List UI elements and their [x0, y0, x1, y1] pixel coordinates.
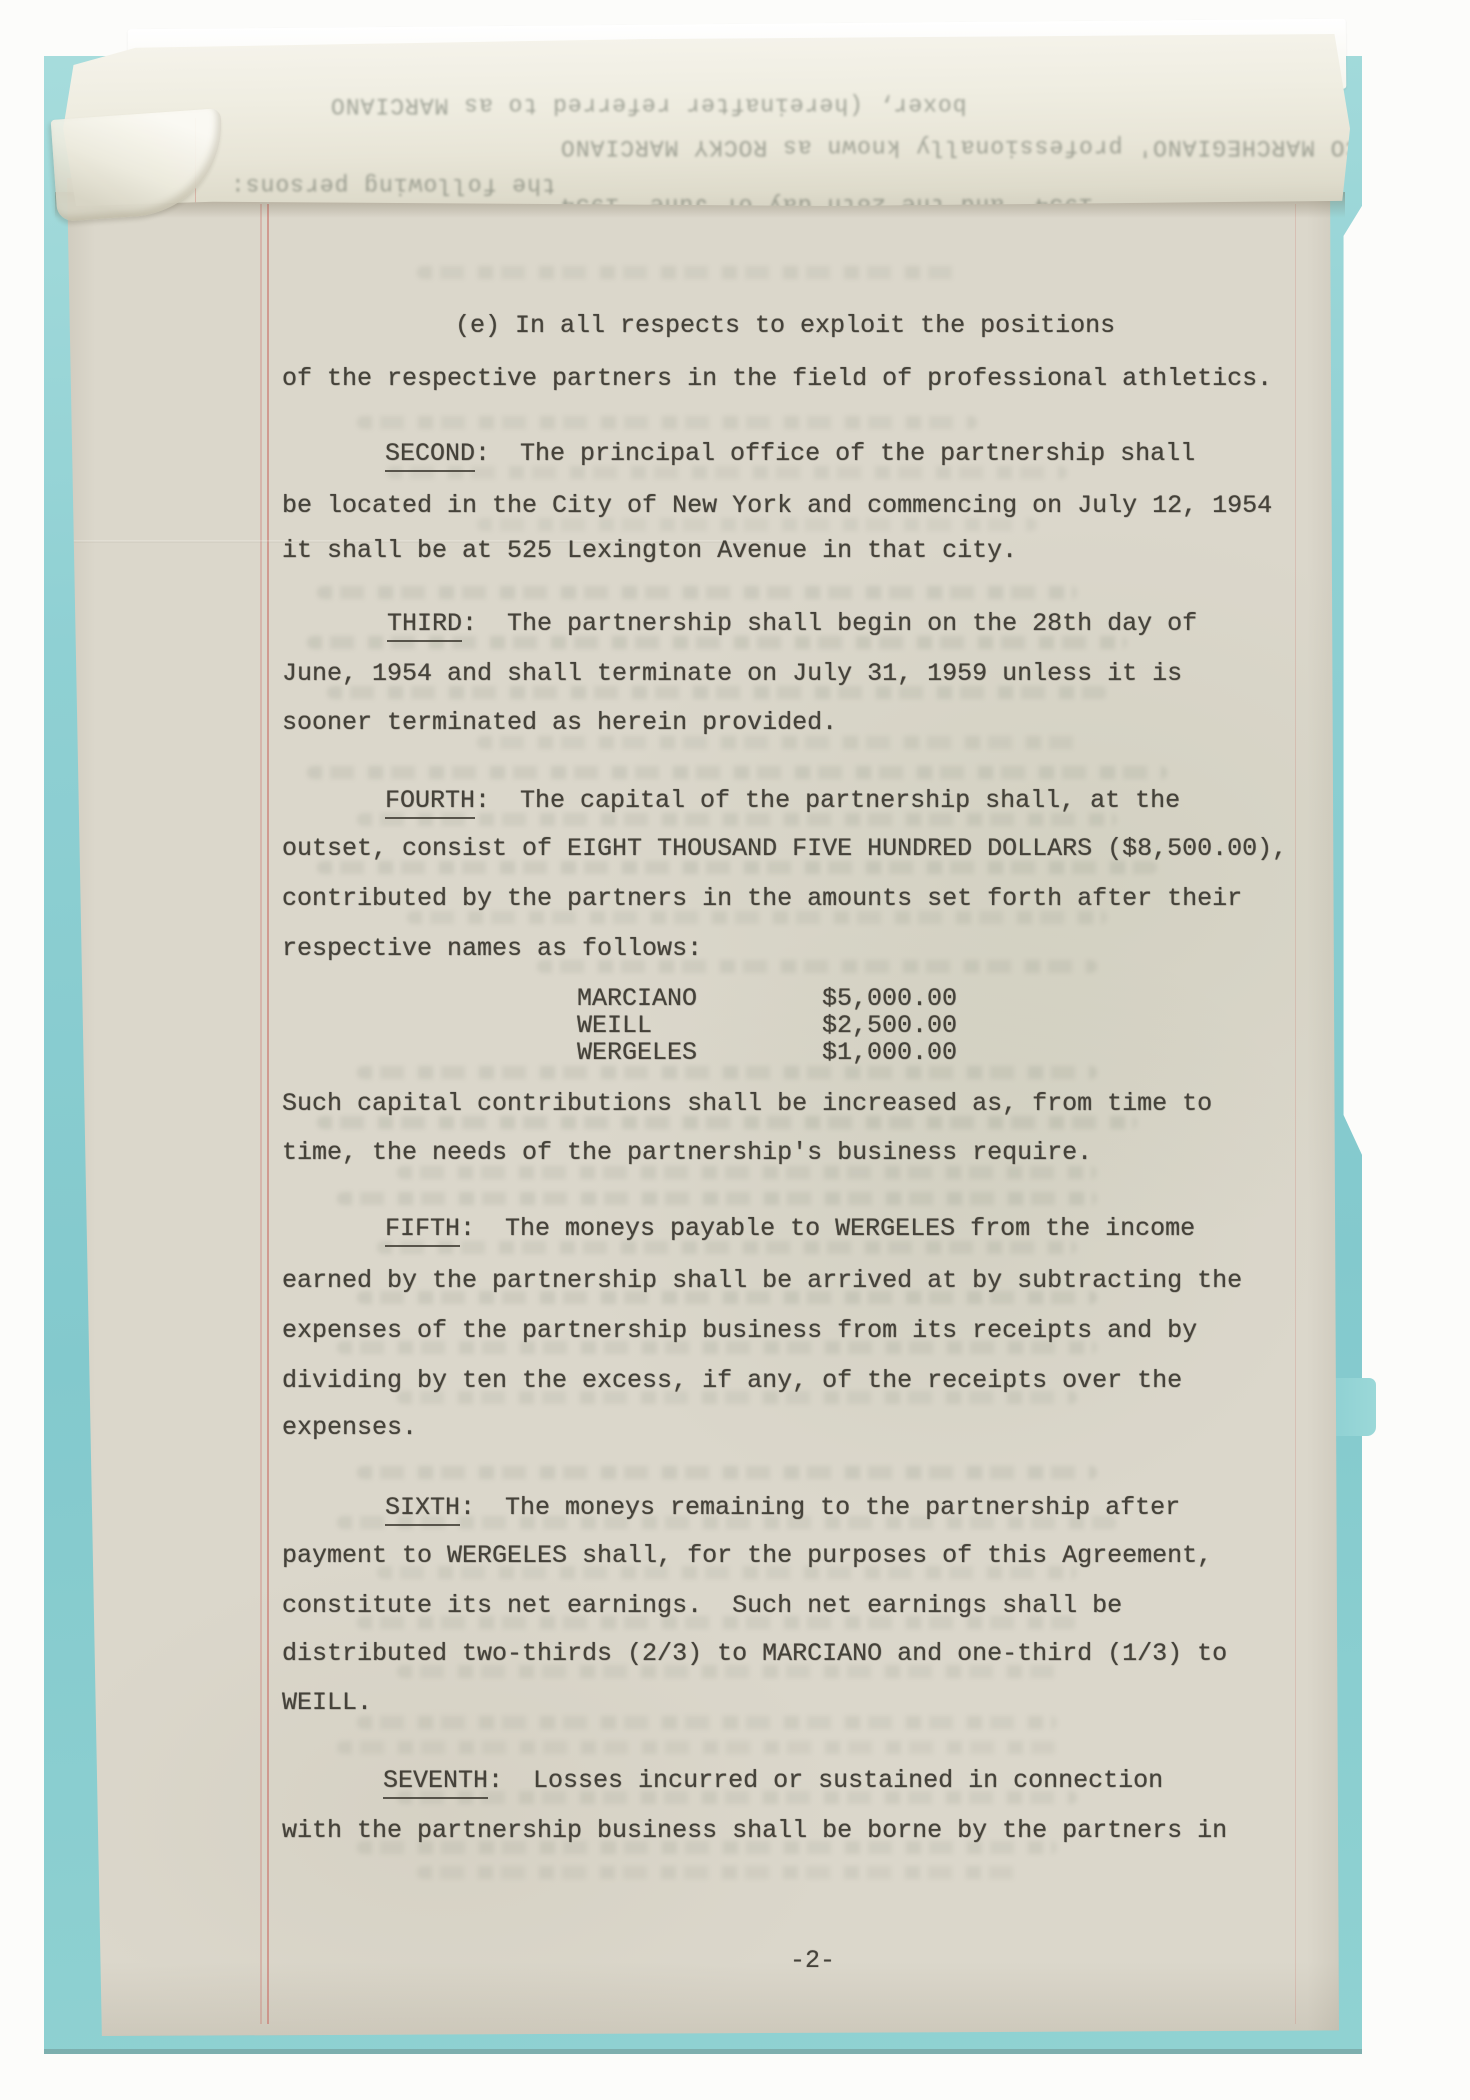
document-line: be located in the City of New York and c… [282, 493, 1272, 518]
flap-bleedthrough-line: ROCCO MARCHEGIANO' professionally known … [560, 134, 1404, 160]
flap-bleedthrough-line: the following persons: [230, 172, 556, 198]
document-line: contributed by the partners in the amoun… [282, 886, 1242, 911]
capital-amount: $5,000.00 [822, 986, 957, 1011]
document-line: Such capital contributions shall be incr… [282, 1091, 1212, 1116]
document-line: SIXTH: The moneys remaining to the partn… [385, 1495, 1180, 1520]
document-line: FOURTH: The capital of the partnership s… [385, 788, 1180, 813]
document-line: earned by the partnership shall be arriv… [282, 1268, 1242, 1293]
bleedthrough-trace [357, 416, 977, 429]
document-line: constitute its net earnings. Such net ea… [282, 1593, 1122, 1618]
document-text: : The moneys remaining to the partnershi… [460, 1493, 1180, 1522]
section-heading: SIXTH [385, 1493, 460, 1526]
capital-amount: $2,500.00 [822, 1013, 957, 1038]
bleedthrough-trace [357, 1466, 1097, 1479]
document-text: constitute its net earnings. Such net ea… [282, 1591, 1122, 1620]
document-text: : The moneys payable to WERGELES from th… [460, 1214, 1195, 1243]
bleedthrough-trace [317, 586, 1077, 599]
document-text: June, 1954 and shall terminate on July 3… [282, 659, 1182, 688]
document-line: SEVENTH: Losses incurred or sustained in… [383, 1768, 1163, 1793]
document-line: (e) In all respects to exploit the posit… [455, 313, 1115, 338]
document-text: payment to WERGELES shall, for the purpo… [282, 1541, 1212, 1570]
bleedthrough-trace [417, 1866, 1017, 1879]
document-text: dividing by ten the excess, if any, of t… [282, 1366, 1182, 1395]
document-text: expenses of the partnership business fro… [282, 1316, 1197, 1345]
document-line: time, the needs of the partnership's bus… [282, 1140, 1092, 1165]
partner-name: WERGELES [577, 1040, 697, 1065]
document-text: of the respective partners in the field … [282, 364, 1272, 393]
section-heading: THIRD [387, 609, 462, 642]
bleedthrough-trace [337, 1192, 1097, 1205]
document-text: it shall be at 525 Lexington Avenue in t… [282, 536, 1017, 565]
bleedthrough-trace [477, 736, 1077, 749]
left-margin-rule-outer [260, 204, 262, 2024]
page-number: -2- [790, 1946, 835, 1975]
document-line: June, 1954 and shall terminate on July 3… [282, 661, 1182, 686]
section-heading: FIFTH [385, 1214, 460, 1247]
document-line: respective names as follows: [282, 936, 702, 961]
document-line: expenses of the partnership business fro… [282, 1318, 1197, 1343]
document-line: distributed two-thirds (2/3) to MARCIANO… [282, 1641, 1227, 1666]
bleedthrough-trace [357, 1716, 1057, 1729]
photographed-document-scene: (e) In all respects to exploit the posit… [0, 0, 1470, 2100]
document-page: (e) In all respects to exploit the posit… [57, 178, 1339, 2036]
document-line: of the respective partners in the field … [282, 366, 1272, 391]
document-text: Such capital contributions shall be incr… [282, 1089, 1212, 1118]
document-text: be located in the City of New York and c… [282, 491, 1272, 520]
document-text: WEILL. [282, 1688, 372, 1717]
partner-name: WEILL [577, 1013, 652, 1038]
document-text: earned by the partnership shall be arriv… [282, 1266, 1242, 1295]
document-line: dividing by ten the excess, if any, of t… [282, 1368, 1182, 1393]
document-text: : Losses incurred or sustained in connec… [488, 1766, 1163, 1795]
document-text: with the partnership business shall be b… [282, 1816, 1227, 1845]
document-text: : The capital of the partnership shall, … [475, 786, 1180, 815]
document-line: SECOND: The principal office of the part… [385, 441, 1195, 466]
document-line: expenses. [282, 1415, 417, 1440]
document-text: respective names as follows: [282, 934, 702, 963]
document-text: : The partnership shall begin on the 28t… [462, 609, 1197, 638]
document-text: sooner terminated as herein provided. [282, 708, 837, 737]
document-line: WEILL. [282, 1690, 372, 1715]
document-line: THIRD: The partnership shall begin on th… [387, 611, 1197, 636]
document-text: (e) In all respects to exploit the posit… [455, 311, 1115, 340]
document-line: with the partnership business shall be b… [282, 1818, 1227, 1843]
right-margin-rule [1295, 204, 1296, 2024]
document-line: outset, consist of EIGHT THOUSAND FIVE H… [282, 836, 1287, 861]
section-heading: SECOND [385, 439, 475, 472]
document-text: time, the needs of the partnership's bus… [282, 1138, 1092, 1167]
document-line: sooner terminated as herein provided. [282, 710, 837, 735]
document-text: : The principal office of the partnershi… [475, 439, 1195, 468]
bleedthrough-trace [397, 1166, 1097, 1179]
section-heading: SEVENTH [383, 1766, 488, 1799]
bleedthrough-trace [337, 1741, 1057, 1754]
flap-bleedthrough-line: boxer, (hereinafter referred to as MARCI… [330, 92, 967, 118]
section-heading: FOURTH [385, 786, 475, 819]
document-text: contributed by the partners in the amoun… [282, 884, 1242, 913]
document-text: expenses. [282, 1413, 417, 1442]
document-line: payment to WERGELES shall, for the purpo… [282, 1543, 1212, 1568]
bleedthrough-trace [357, 1066, 1097, 1079]
document-line: it shall be at 525 Lexington Avenue in t… [282, 538, 1017, 563]
partner-name: MARCIANO [577, 986, 697, 1011]
bleedthrough-trace [417, 266, 957, 279]
document-text: outset, consist of EIGHT THOUSAND FIVE H… [282, 834, 1287, 863]
document-text: distributed two-thirds (2/3) to MARCIANO… [282, 1639, 1227, 1668]
capital-amount: $1,000.00 [822, 1040, 957, 1065]
document-line: FIFTH: The moneys payable to WERGELES fr… [385, 1216, 1195, 1241]
folded-page-flap: boxer, (hereinafter referred to as MARCI… [58, 34, 1350, 206]
bleedthrough-trace [307, 766, 1167, 779]
left-margin-rule-inner [267, 204, 269, 2024]
